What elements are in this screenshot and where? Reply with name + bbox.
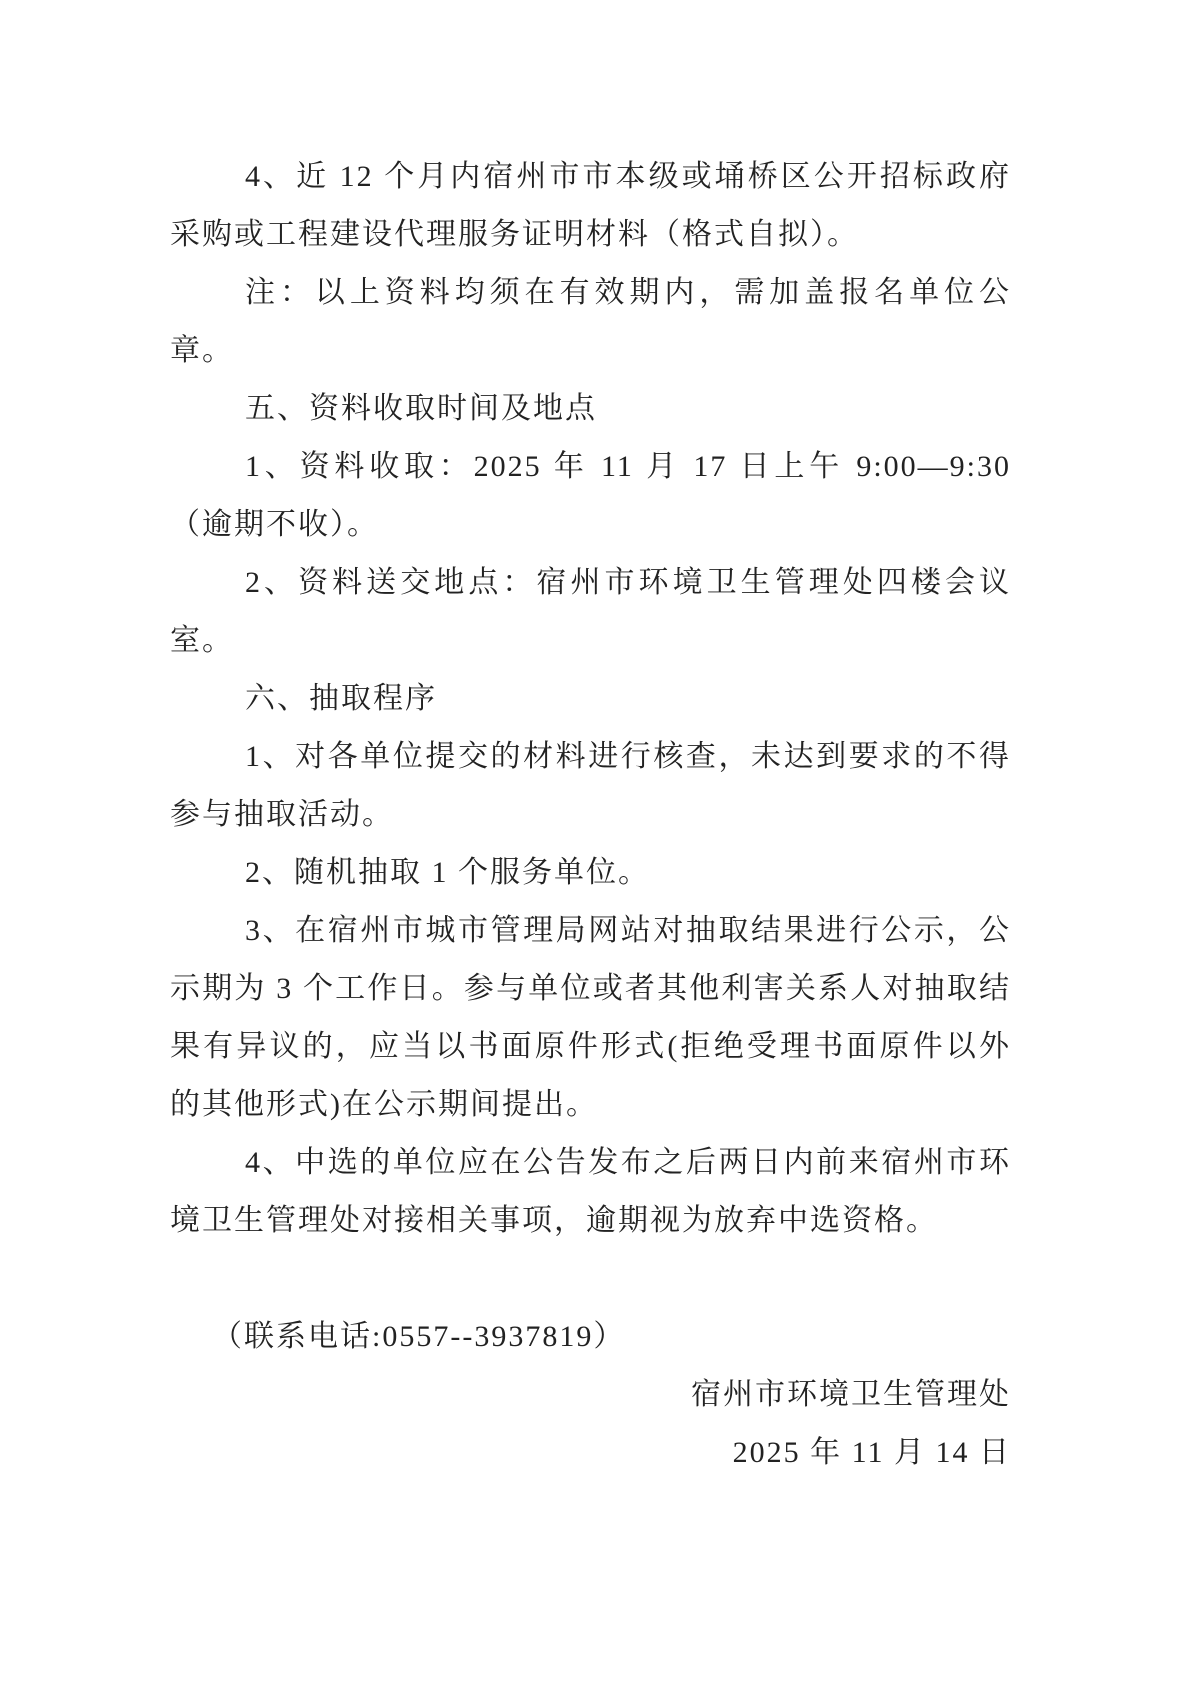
heading-section-five: 五、资料收取时间及地点 bbox=[170, 380, 1011, 438]
para-five-item2: 2、资料送交地点：宿州市环境卫生管理处四楼会议室。 bbox=[170, 554, 1011, 670]
para-six-item2: 2、随机抽取 1 个服务单位。 bbox=[170, 844, 1011, 902]
para-six-item3: 3、在宿州市城市管理局网站对抽取结果进行公示，公示期为 3 个工作日。参与单位或… bbox=[170, 902, 1011, 1134]
para-five-item1: 1、资料收取：2025 年 11 月 17 日上午 9:00—9:30（逾期不收… bbox=[170, 438, 1011, 554]
signature-organization: 宿州市环境卫生管理处 bbox=[170, 1366, 1011, 1424]
blank-line bbox=[170, 1250, 1011, 1308]
para-six-item4: 4、中选的单位应在公告发布之后两日内前来宿州市环境卫生管理处对接相关事项，逾期视… bbox=[170, 1134, 1011, 1250]
para-six-item1: 1、对各单位提交的材料进行核查，未达到要求的不得参与抽取活动。 bbox=[170, 728, 1011, 844]
heading-section-six: 六、抽取程序 bbox=[170, 670, 1011, 728]
para-section4-item4: 4、近 12 个月内宿州市市本级或埇桥区公开招标政府采购或工程建设代理服务证明材… bbox=[170, 148, 1011, 264]
document-body: 4、近 12 个月内宿州市市本级或埇桥区公开招标政府采购或工程建设代理服务证明材… bbox=[170, 148, 1011, 1482]
document-page: 4、近 12 个月内宿州市市本级或埇桥区公开招标政府采购或工程建设代理服务证明材… bbox=[0, 0, 1190, 1683]
para-note: 注：以上资料均须在有效期内，需加盖报名单位公章。 bbox=[170, 264, 1011, 380]
contact-phone-line: （联系电话:0557--3937819） bbox=[170, 1308, 1011, 1366]
signature-date: 2025 年 11 月 14 日 bbox=[170, 1424, 1011, 1482]
